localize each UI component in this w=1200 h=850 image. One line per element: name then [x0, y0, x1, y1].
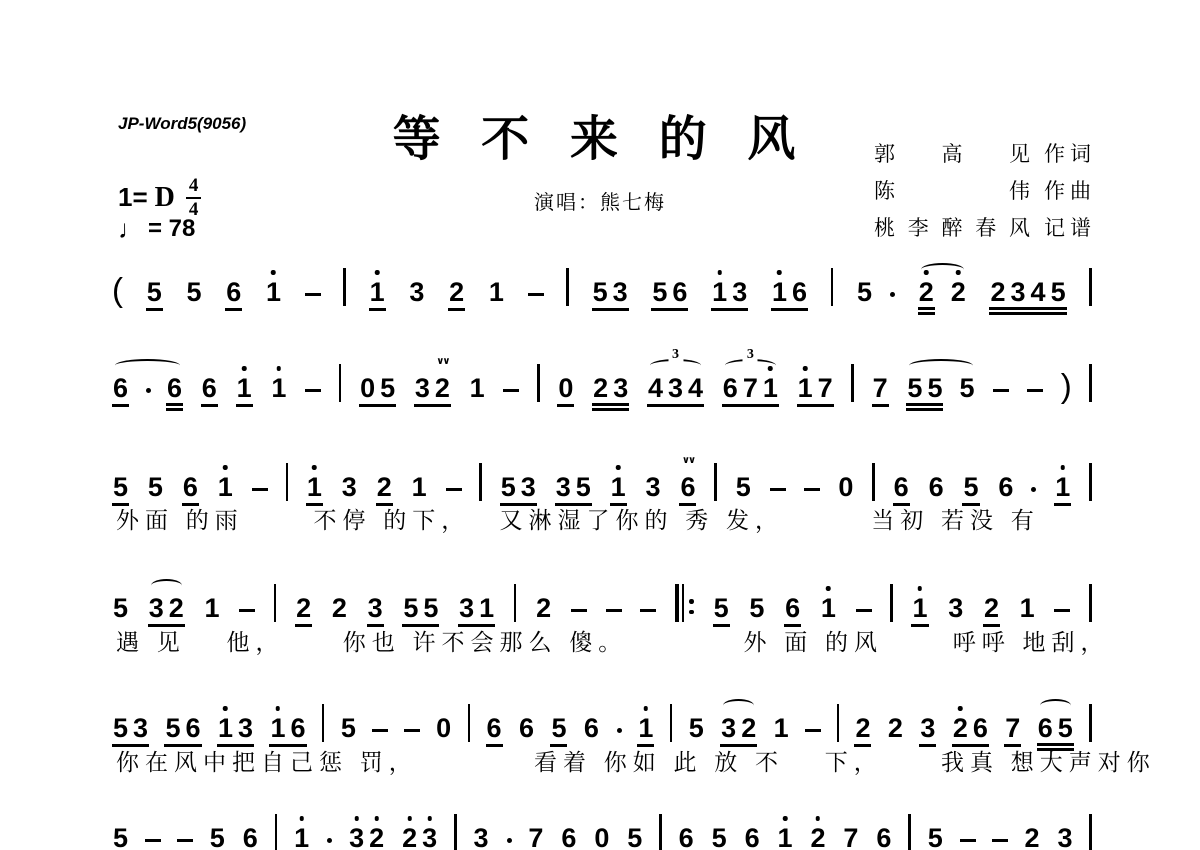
note-group: 2: [331, 595, 348, 622]
note: 1: [821, 595, 836, 622]
tie-arc-icon: [151, 579, 182, 592]
note: 3: [521, 474, 536, 501]
note-group: 3: [1057, 825, 1074, 850]
note-token: 53: [500, 474, 537, 501]
note-group: 32: [148, 595, 185, 627]
note-group: 3: [408, 279, 425, 306]
credit-name: 桃李醉春风: [874, 212, 1030, 242]
note: 1: [712, 279, 727, 306]
note-group: 5: [711, 825, 728, 850]
note-token: 1: [469, 375, 486, 402]
barline: [322, 704, 325, 742]
note: 2: [377, 474, 392, 501]
dash-note: [640, 609, 656, 613]
note-group: 55: [906, 375, 943, 411]
note: 1: [763, 375, 778, 402]
note-token: 3: [472, 825, 511, 850]
note: 5: [593, 279, 608, 306]
note: 6: [186, 715, 201, 742]
note: 1: [307, 474, 322, 501]
note: 3: [415, 375, 430, 402]
note-group: 0: [557, 375, 574, 407]
thin-bar: [682, 584, 684, 622]
dash-note: [528, 293, 544, 297]
dash-note: [305, 293, 321, 297]
octave-dot-icon: [277, 366, 282, 371]
dash-note: [503, 389, 519, 393]
note-token: 6: [560, 825, 577, 850]
note: 3: [721, 715, 736, 742]
note-group: 56: [651, 279, 688, 311]
note: 6: [785, 595, 800, 622]
note-token: 5: [962, 474, 979, 501]
octave-dot-icon: [354, 816, 359, 821]
note: 1: [778, 825, 793, 850]
note-token: 6: [182, 474, 199, 501]
note-group: 3: [645, 474, 662, 501]
note: 5: [113, 825, 128, 850]
note-token: 6: [518, 715, 535, 742]
note-token: 1: [204, 595, 221, 622]
note-token: 5: [711, 825, 728, 850]
note: 3: [422, 825, 437, 850]
note-group: 1: [293, 825, 310, 850]
note-token: 6: [928, 474, 945, 501]
note-token: 32∨∨: [414, 375, 451, 402]
note: 6: [519, 715, 534, 742]
note: 1: [218, 474, 233, 501]
note-token: 32: [148, 595, 185, 622]
note-token: 7: [872, 375, 889, 402]
note-token: 13: [217, 715, 254, 742]
note-token: 05: [359, 375, 396, 402]
note-group: 6: [678, 825, 695, 850]
note: 3: [556, 474, 571, 501]
note: 6: [290, 715, 305, 742]
parenthesis: (: [112, 273, 123, 306]
note: 6: [183, 474, 198, 501]
note: 3: [133, 715, 148, 742]
note: 2: [888, 715, 903, 742]
note-token: 53: [112, 715, 149, 742]
tempo-marking: ♩ = 78: [118, 215, 195, 243]
credit-name-char: 风: [1009, 212, 1030, 242]
parenthesis: ): [1061, 369, 1072, 402]
tempo-value: = 78: [148, 215, 195, 243]
lyrics-line-2: 遇 见 他， 你也 许不会那么 傻。 外 面 的风 呼呼 地刮，: [116, 624, 1110, 657]
note-group: 2: [887, 715, 904, 742]
note: 2: [593, 375, 608, 402]
note: 4: [1031, 279, 1046, 306]
note: 7: [873, 375, 888, 402]
octave-dot-icon: [427, 816, 432, 821]
note-group: 1: [236, 375, 253, 407]
note: 5: [148, 474, 163, 501]
note-group: 6: [242, 825, 259, 850]
note-token: 53: [592, 279, 629, 306]
note-token: 3: [367, 595, 384, 622]
note-token: 16: [771, 279, 808, 306]
note-group: 23: [592, 375, 629, 411]
note: 6: [561, 825, 576, 850]
augmentation-dot-icon: [327, 838, 332, 843]
note: 5: [963, 474, 978, 501]
note-token: 5: [856, 279, 895, 306]
dash-note: [252, 488, 268, 492]
credit-row: 桃李醉春风记谱: [874, 212, 1096, 242]
note-group: 5: [340, 715, 357, 742]
repeat-dots-icon: [689, 599, 694, 614]
barline: [566, 268, 569, 306]
credit-role: 作词: [1044, 138, 1096, 168]
note-group: 6: [201, 375, 218, 407]
note-token: 65: [1037, 715, 1074, 742]
dash-note: [960, 839, 976, 843]
tie-arc-icon: [1040, 699, 1071, 712]
note-token: 1: [1054, 474, 1071, 501]
note: 3: [349, 825, 364, 850]
note: 6: [723, 375, 738, 402]
barline: [831, 268, 834, 306]
note: 6: [202, 375, 217, 402]
note-token: 5: [340, 715, 357, 742]
note-token: 3: [341, 474, 358, 501]
note-group: 5: [112, 825, 129, 850]
augmentation-dot-icon: [617, 728, 622, 733]
note-token: 2: [983, 595, 1000, 622]
note-group: 6: [166, 375, 183, 411]
note-token: 31: [458, 595, 495, 622]
dash-note: [177, 839, 193, 843]
note: 1: [294, 825, 309, 850]
note: 1: [489, 279, 504, 306]
note-token: 23: [401, 825, 438, 850]
note: 0: [558, 375, 573, 402]
note-group: 6: [784, 595, 801, 627]
note-group: 5: [748, 595, 765, 622]
note-group: 0: [593, 825, 610, 850]
note: 1: [218, 715, 233, 742]
score-line-2: 666110532∨∨102334343671177555): [112, 356, 1092, 402]
note: 5: [551, 715, 566, 742]
note: 3: [368, 595, 383, 622]
note-group: 6: [997, 474, 1014, 501]
note: 1: [205, 595, 220, 622]
note-group: 1: [270, 375, 287, 402]
note-group: 5: [713, 595, 730, 627]
note-token: 0: [593, 825, 610, 850]
note: 1: [412, 474, 427, 501]
note: 5: [165, 715, 180, 742]
note-group: 5: [626, 825, 643, 850]
note-group: 0: [837, 474, 854, 501]
note: 0: [594, 825, 609, 850]
octave-dot-icon: [768, 366, 773, 371]
note-token: 6: [744, 825, 761, 850]
note-group: 1: [1019, 595, 1036, 622]
barline: [286, 463, 289, 501]
note: 7: [1005, 715, 1020, 742]
note-token: 1: [217, 474, 234, 501]
barline: [339, 364, 342, 402]
note-group: 6: [928, 474, 945, 501]
note: 2: [449, 279, 464, 306]
note-group: 5: [735, 474, 752, 501]
note: 2: [855, 715, 870, 742]
note-group: 32∨∨: [414, 375, 451, 407]
octave-dot-icon: [783, 816, 788, 821]
credit-name-char: 桃: [874, 212, 895, 242]
credit-row: 陈伟作曲: [874, 175, 1096, 205]
dash-note: [571, 609, 587, 613]
note: 1: [774, 715, 789, 742]
note-token: 2: [887, 715, 904, 742]
note-token: 56: [651, 279, 688, 306]
octave-dot-icon: [1061, 465, 1066, 470]
note-token: 5: [185, 279, 202, 306]
octave-dot-icon: [299, 816, 304, 821]
note-group: 3: [472, 825, 489, 850]
score-line-5: 535613165066561532122326765: [112, 696, 1092, 742]
barline: [479, 463, 482, 501]
note: 5: [714, 595, 729, 622]
note: 2: [990, 279, 1005, 306]
note-token: 6: [225, 279, 242, 306]
note: 2: [810, 825, 825, 850]
barline: [670, 704, 673, 742]
note-group: 2: [295, 595, 312, 627]
sheet-music-page: JP-Word5(9056) 等 不 来 的 风 演唱：熊七梅 郭高见作词陈伟作…: [0, 0, 1200, 850]
barline: [1089, 463, 1092, 501]
note-token: 55: [402, 595, 439, 622]
note-group: 1: [204, 595, 221, 622]
note: 6: [745, 825, 760, 850]
note: 6: [584, 715, 599, 742]
note-group: 05: [359, 375, 396, 407]
note: 1: [912, 595, 927, 622]
note: 2: [1025, 825, 1040, 850]
note-token: 13: [711, 279, 748, 306]
note: 1: [370, 279, 385, 306]
tie-arc-icon: [909, 359, 972, 372]
note-group: 1: [911, 595, 928, 627]
dash-note: [805, 729, 821, 733]
note: 5: [403, 595, 418, 622]
note-group: 2: [535, 595, 552, 622]
note-group: 3: [341, 474, 358, 501]
note: 6: [929, 474, 944, 501]
octave-dot-icon: [312, 465, 317, 470]
barline: [1089, 268, 1092, 306]
note-group: 2: [950, 279, 967, 306]
note: 1: [1055, 474, 1070, 501]
note-token: 5: [112, 474, 129, 501]
octave-dot-icon: [271, 270, 276, 275]
note-token: 5: [713, 595, 730, 622]
barline: [1089, 814, 1092, 850]
barline: [837, 704, 840, 742]
note: 7: [818, 375, 833, 402]
note-token: 5: [147, 474, 164, 501]
note: 5: [627, 825, 642, 850]
note-token: 2: [854, 715, 871, 742]
note: 6∨∨: [680, 474, 695, 501]
note-group: 6: [560, 825, 577, 850]
note: 6: [679, 825, 694, 850]
note-group: 5: [147, 474, 164, 501]
note-token: 2: [295, 595, 312, 622]
note-group: 1: [265, 279, 282, 306]
note: 3: [613, 375, 628, 402]
barline: [714, 463, 717, 501]
note-group: 32: [348, 825, 385, 850]
barline: [908, 814, 911, 850]
barline: [274, 584, 277, 622]
augmentation-dot-icon: [890, 292, 895, 297]
note-group: 5: [958, 375, 975, 402]
note: 1: [479, 595, 494, 622]
note-token: 35: [555, 474, 592, 501]
note-token: 5: [112, 825, 129, 850]
dash-note: [305, 389, 321, 393]
note-group: 671: [722, 375, 779, 407]
note-group: 7: [1004, 715, 1021, 747]
note: 3: [948, 595, 963, 622]
note: 5: [147, 279, 162, 306]
note: 5: [113, 595, 128, 622]
note: 3: [342, 474, 357, 501]
score-line-6: 55613223376056561276523: [112, 806, 1092, 850]
note: 2: [402, 825, 417, 850]
note-group: 26: [952, 715, 989, 747]
octave-dot-icon: [826, 586, 831, 591]
note-group: 2: [448, 279, 465, 311]
barline: [872, 463, 875, 501]
note-token: 3: [947, 595, 964, 622]
note-group: 2345: [989, 279, 1066, 315]
note: 3: [409, 279, 424, 306]
note: 6: [672, 279, 687, 306]
mordent-icon: ∨∨: [436, 357, 448, 367]
note-token: 2: [448, 279, 465, 306]
note-group: 32: [720, 715, 757, 747]
note: 5: [341, 715, 356, 742]
note-group: 13: [711, 279, 748, 311]
note: 6: [1038, 715, 1053, 742]
note-group: 3: [367, 595, 384, 627]
barline: [1089, 584, 1092, 622]
note-group: 434: [647, 375, 704, 407]
note-group: 13: [217, 715, 254, 747]
note: 1: [638, 715, 653, 742]
note-group: 1: [637, 715, 654, 747]
note-group: 55: [402, 595, 439, 627]
note-group: 1: [1054, 474, 1071, 506]
note: 1: [798, 375, 813, 402]
note-token: 0: [557, 375, 574, 402]
meter-numerator: 4: [186, 176, 202, 199]
note-token: 7: [527, 825, 544, 850]
note-token: 2: [331, 595, 348, 622]
note: 3: [613, 279, 628, 306]
note: 5: [712, 825, 727, 850]
note-group: 3: [947, 595, 964, 622]
octave-dot-icon: [407, 816, 412, 821]
note-token: 6: [875, 825, 892, 850]
note-group: 56: [164, 715, 201, 747]
note-token: 32: [720, 715, 757, 742]
note: 5: [1058, 715, 1073, 742]
note: 2: [332, 595, 347, 622]
octave-dot-icon: [918, 586, 923, 591]
note-group: 53: [112, 715, 149, 747]
note-group: 1: [820, 595, 837, 622]
note: 5: [652, 279, 667, 306]
barline: [1089, 364, 1092, 402]
augmentation-dot-icon: [146, 388, 151, 393]
note-token: 1: [911, 595, 928, 622]
credits: 郭高见作词陈伟作曲桃李醉春风记谱: [874, 138, 1096, 249]
note-group: 5: [146, 279, 163, 311]
note-group: 7: [527, 825, 544, 850]
note: 5: [907, 375, 922, 402]
note: 3: [1011, 279, 1026, 306]
octave-dot-icon: [223, 465, 228, 470]
note: 5: [210, 825, 225, 850]
quarter-note-icon: ♩: [118, 216, 144, 242]
octave-dot-icon: [958, 706, 963, 711]
octave-dot-icon: [616, 465, 621, 470]
thick-bar: [675, 584, 680, 622]
note-token: 6: [893, 474, 910, 501]
tie-arc-icon: [115, 359, 180, 372]
note-group: 16: [269, 715, 306, 747]
note: 5: [1051, 279, 1066, 306]
note: 0: [436, 715, 451, 742]
note-token: 6: [583, 715, 622, 742]
note-token: 6: [486, 715, 503, 742]
note-group: 5: [688, 715, 705, 742]
octave-dot-icon: [717, 270, 722, 275]
credit-name-char: 李: [908, 212, 929, 242]
note: 2: [369, 825, 384, 850]
note: 5: [959, 375, 974, 402]
score-line-1: (55611321535613165222345: [112, 260, 1092, 306]
note-group: 1: [369, 279, 386, 311]
note: 3: [459, 595, 474, 622]
note-group: 1: [469, 375, 486, 402]
credit-name-char: 高: [942, 138, 963, 168]
note-group: 6: [875, 825, 892, 850]
note-token: 2: [376, 474, 393, 501]
octave-dot-icon: [924, 270, 929, 275]
note-group: 2: [983, 595, 1000, 627]
note-token: 5: [146, 279, 163, 306]
dash-note: [770, 488, 786, 492]
note: 5: [689, 715, 704, 742]
barline: [851, 364, 854, 402]
note: 6: [876, 825, 891, 850]
note-token: 32: [348, 825, 385, 850]
note-group: 5: [112, 595, 129, 622]
note-group: 6: [518, 715, 535, 742]
augmentation-dot-icon: [1031, 487, 1036, 492]
note-token: 5: [626, 825, 643, 850]
augmentation-dot-icon: [507, 838, 512, 843]
note: 2: [536, 595, 551, 622]
credit-name-char: 陈: [874, 175, 895, 205]
note-token: 1: [270, 375, 287, 402]
